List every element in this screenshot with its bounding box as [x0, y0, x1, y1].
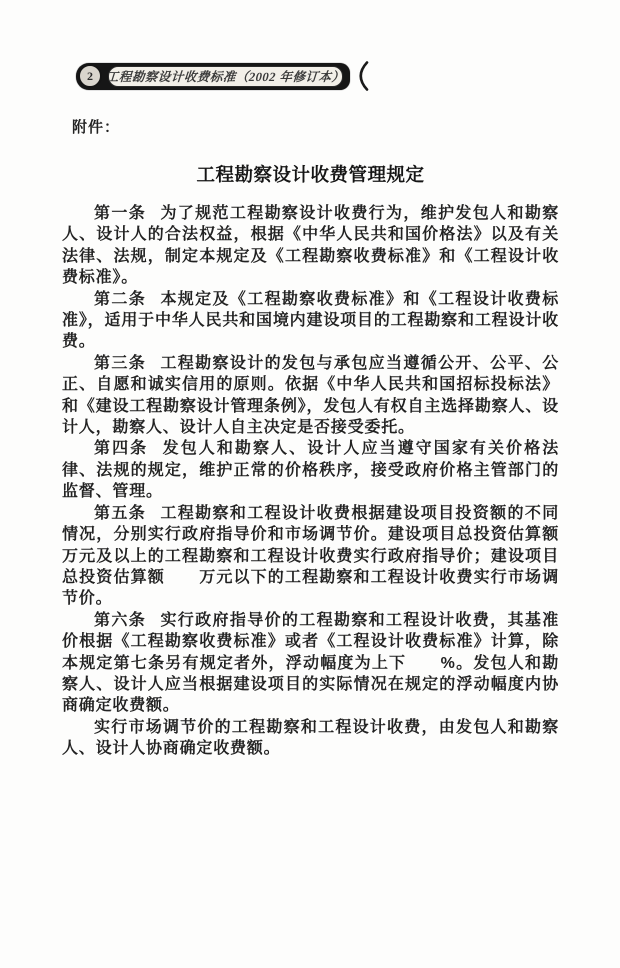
document-page: 2 工程勘察设计收费标准（2002 年修订本） 附件： 工程勘察设计收费管理规定… — [0, 0, 620, 968]
body-paragraph: 第五条工程勘察和工程设计收费根据建设项目投资额的不同情况，分别实行政府指导价和市… — [62, 503, 559, 610]
article-number: 第四条 — [94, 440, 148, 457]
document-content: 附件： 工程勘察设计收费管理规定 第一条为了规范工程勘察设计收费行为，维护发包人… — [62, 116, 559, 760]
body-paragraph: 实行市场调节价的工程勘察和工程设计收费，由发包人和勘察人、设计人协商确定收费额。 — [62, 717, 559, 760]
page-number-badge: 2 — [78, 64, 102, 88]
body-paragraph: 第三条工程勘察设计的发包与承包应当遵循公开、公平、公正、自愿和诚实信用的原则。依… — [62, 353, 559, 439]
body-paragraph: 第六条实行政府指导价的工程勘察和工程设计收费，其基准价根据《工程勘察收费标准》或… — [62, 610, 559, 717]
page-number: 2 — [87, 69, 93, 84]
body-paragraph: 第四条发包人和勘察人、设计人应当遵守国家有关价格法律、法规的规定，维护正常的价格… — [62, 438, 559, 502]
article-number: 第二条 — [94, 291, 146, 308]
article-text: 实行市场调节价的工程勘察和工程设计收费，由发包人和勘察人、设计人协商确定收费额。 — [62, 719, 559, 757]
article-number: 第一条 — [94, 205, 146, 222]
page-header-banner: 2 工程勘察设计收费标准（2002 年修订本） — [76, 61, 371, 91]
paragraph-container: 第一条为了规范工程勘察设计收费行为，维护发包人和勘察人、设计人的合法权益，根据《… — [62, 203, 559, 760]
attachment-label: 附件： — [72, 116, 559, 137]
body-paragraph: 第一条为了规范工程勘察设计收费行为，维护发包人和勘察人、设计人的合法权益，根据《… — [62, 203, 559, 289]
article-number: 第五条 — [94, 505, 146, 522]
document-title: 工程勘察设计收费管理规定 — [62, 161, 559, 187]
body-paragraph: 第二条本规定及《工程勘察收费标准》和《工程设计收费标准》，适用于中华人民共和国境… — [62, 289, 559, 353]
banner-bar: 2 工程勘察设计收费标准（2002 年修订本） — [76, 63, 350, 90]
banner-title: 工程勘察设计收费标准（2002 年修订本） — [108, 67, 343, 85]
article-number: 第六条 — [94, 612, 146, 629]
article-number: 第三条 — [94, 355, 146, 372]
banner-title-pill: 工程勘察设计收费标准（2002 年修订本） — [108, 66, 343, 87]
banner-tail-arc-icon — [353, 61, 371, 91]
